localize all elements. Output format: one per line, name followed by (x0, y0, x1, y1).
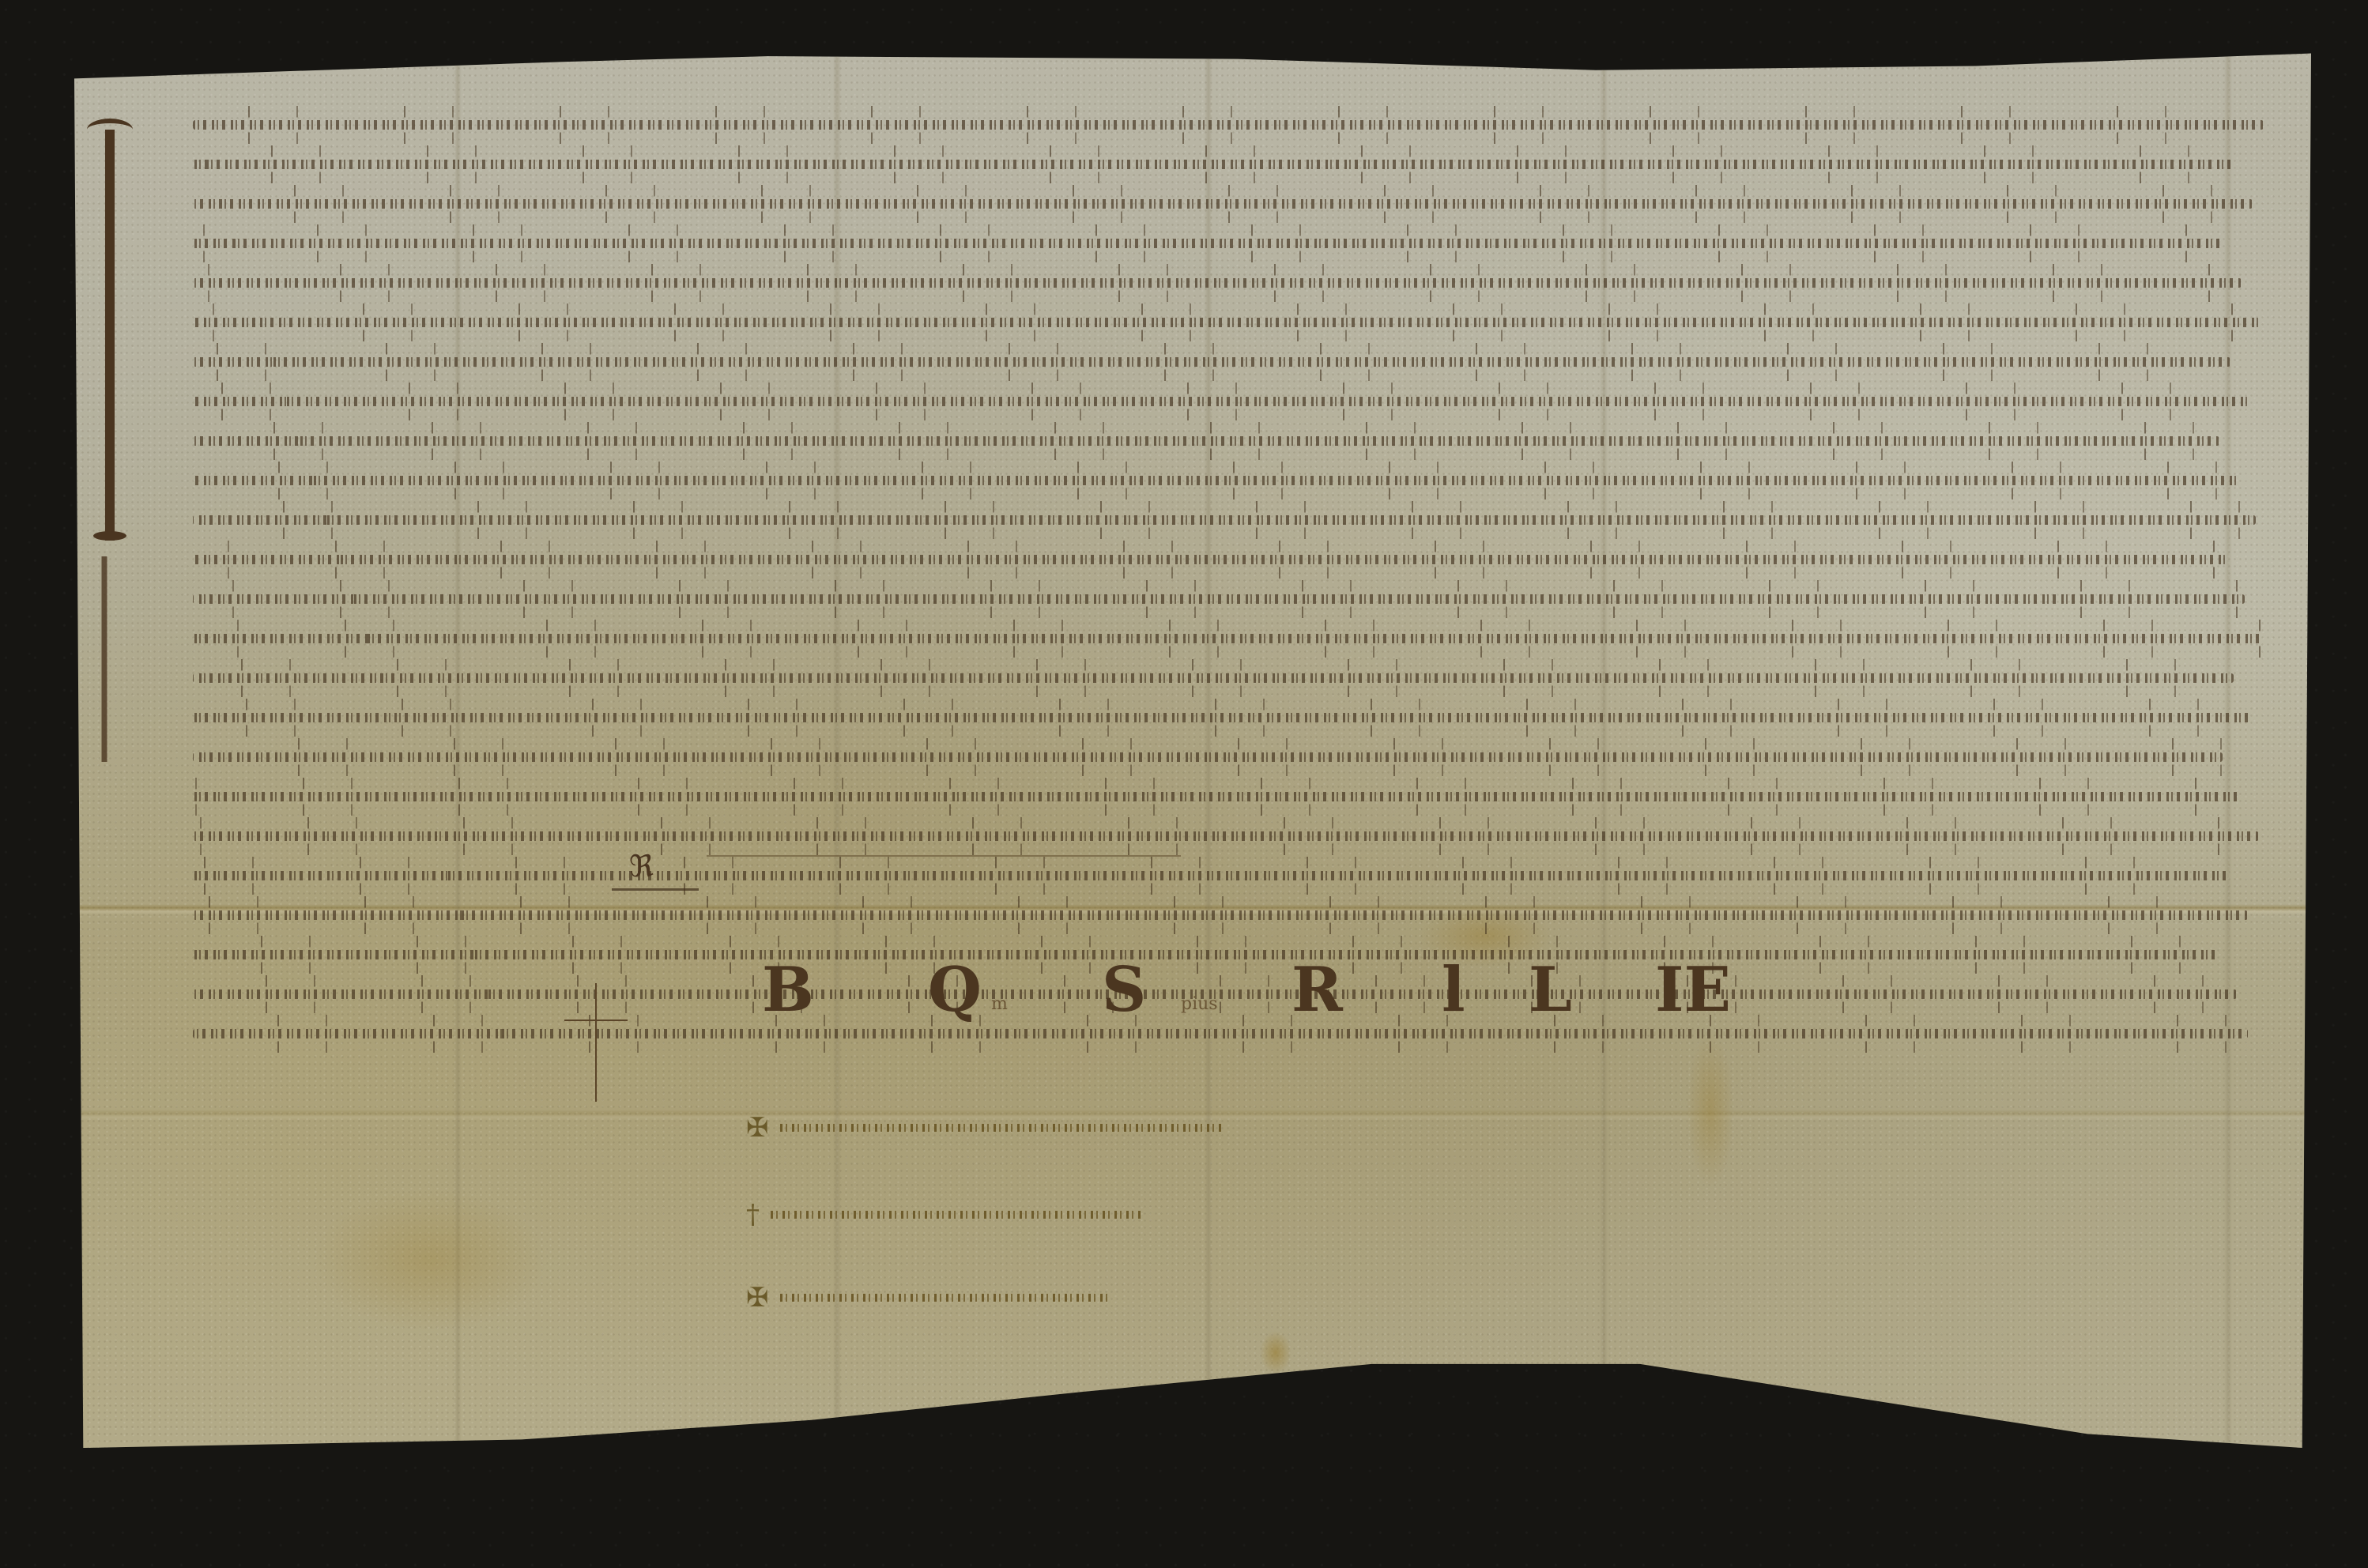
decorated-initial-i (98, 130, 122, 541)
script-line (193, 390, 2264, 413)
parchment-sheet: ℜ BQmSpiusRlLIE ✠†✠ (74, 51, 2311, 1448)
subscription-script (780, 1294, 1112, 1302)
monogram-letter: S (1102, 959, 1146, 1021)
monogram-letter: l (1442, 959, 1465, 1021)
notarial-signum: ℜ (612, 849, 699, 891)
script-line (193, 904, 2264, 926)
script-line (193, 746, 2264, 768)
cross-icon: ✠ (746, 1112, 769, 1144)
script-line (193, 548, 2264, 571)
water-stain (311, 1189, 549, 1331)
cross-icon: † (746, 1199, 760, 1231)
script-line (193, 707, 2264, 729)
script-line (193, 825, 2264, 847)
subscription-line: ✠ (746, 1118, 1223, 1138)
monogram-letter: R (1291, 959, 1343, 1021)
script-line (193, 311, 2264, 334)
charter-body-text (193, 114, 2264, 1062)
monogram-letter: pius (1181, 996, 1218, 1013)
notarial-signum-glyph: ℜ (629, 849, 654, 884)
subscription-script (780, 1124, 1223, 1132)
script-line (193, 667, 2264, 689)
script-line (193, 628, 2264, 650)
subscription-script (771, 1211, 1142, 1219)
monogram-letter: m (991, 996, 1008, 1013)
decorated-initial-secondary (95, 556, 114, 762)
script-line (193, 272, 2264, 294)
cross-icon: ✠ (746, 1282, 769, 1314)
monogram-letter: L (1529, 959, 1572, 1021)
script-line (193, 509, 2264, 531)
script-line (193, 232, 2264, 254)
script-line (193, 865, 2264, 887)
closing-rule (707, 855, 1181, 857)
script-line (193, 193, 2264, 215)
subscription-line: † (746, 1204, 1142, 1225)
script-line (193, 469, 2264, 492)
script-line (193, 588, 2264, 610)
water-stain (1260, 1331, 1291, 1374)
subscription-line: ✠ (746, 1287, 1112, 1308)
script-line (193, 430, 2264, 452)
monogram-letter: Q (928, 959, 982, 1021)
script-line (193, 114, 2264, 136)
monogram-row: BQmSpiusRlLIE (549, 959, 1892, 1046)
script-line (193, 351, 2264, 373)
script-line (193, 153, 2264, 175)
monogram-letter: B (762, 959, 814, 1021)
script-line (193, 786, 2264, 808)
monogram-letter: IE (1655, 959, 1731, 1021)
